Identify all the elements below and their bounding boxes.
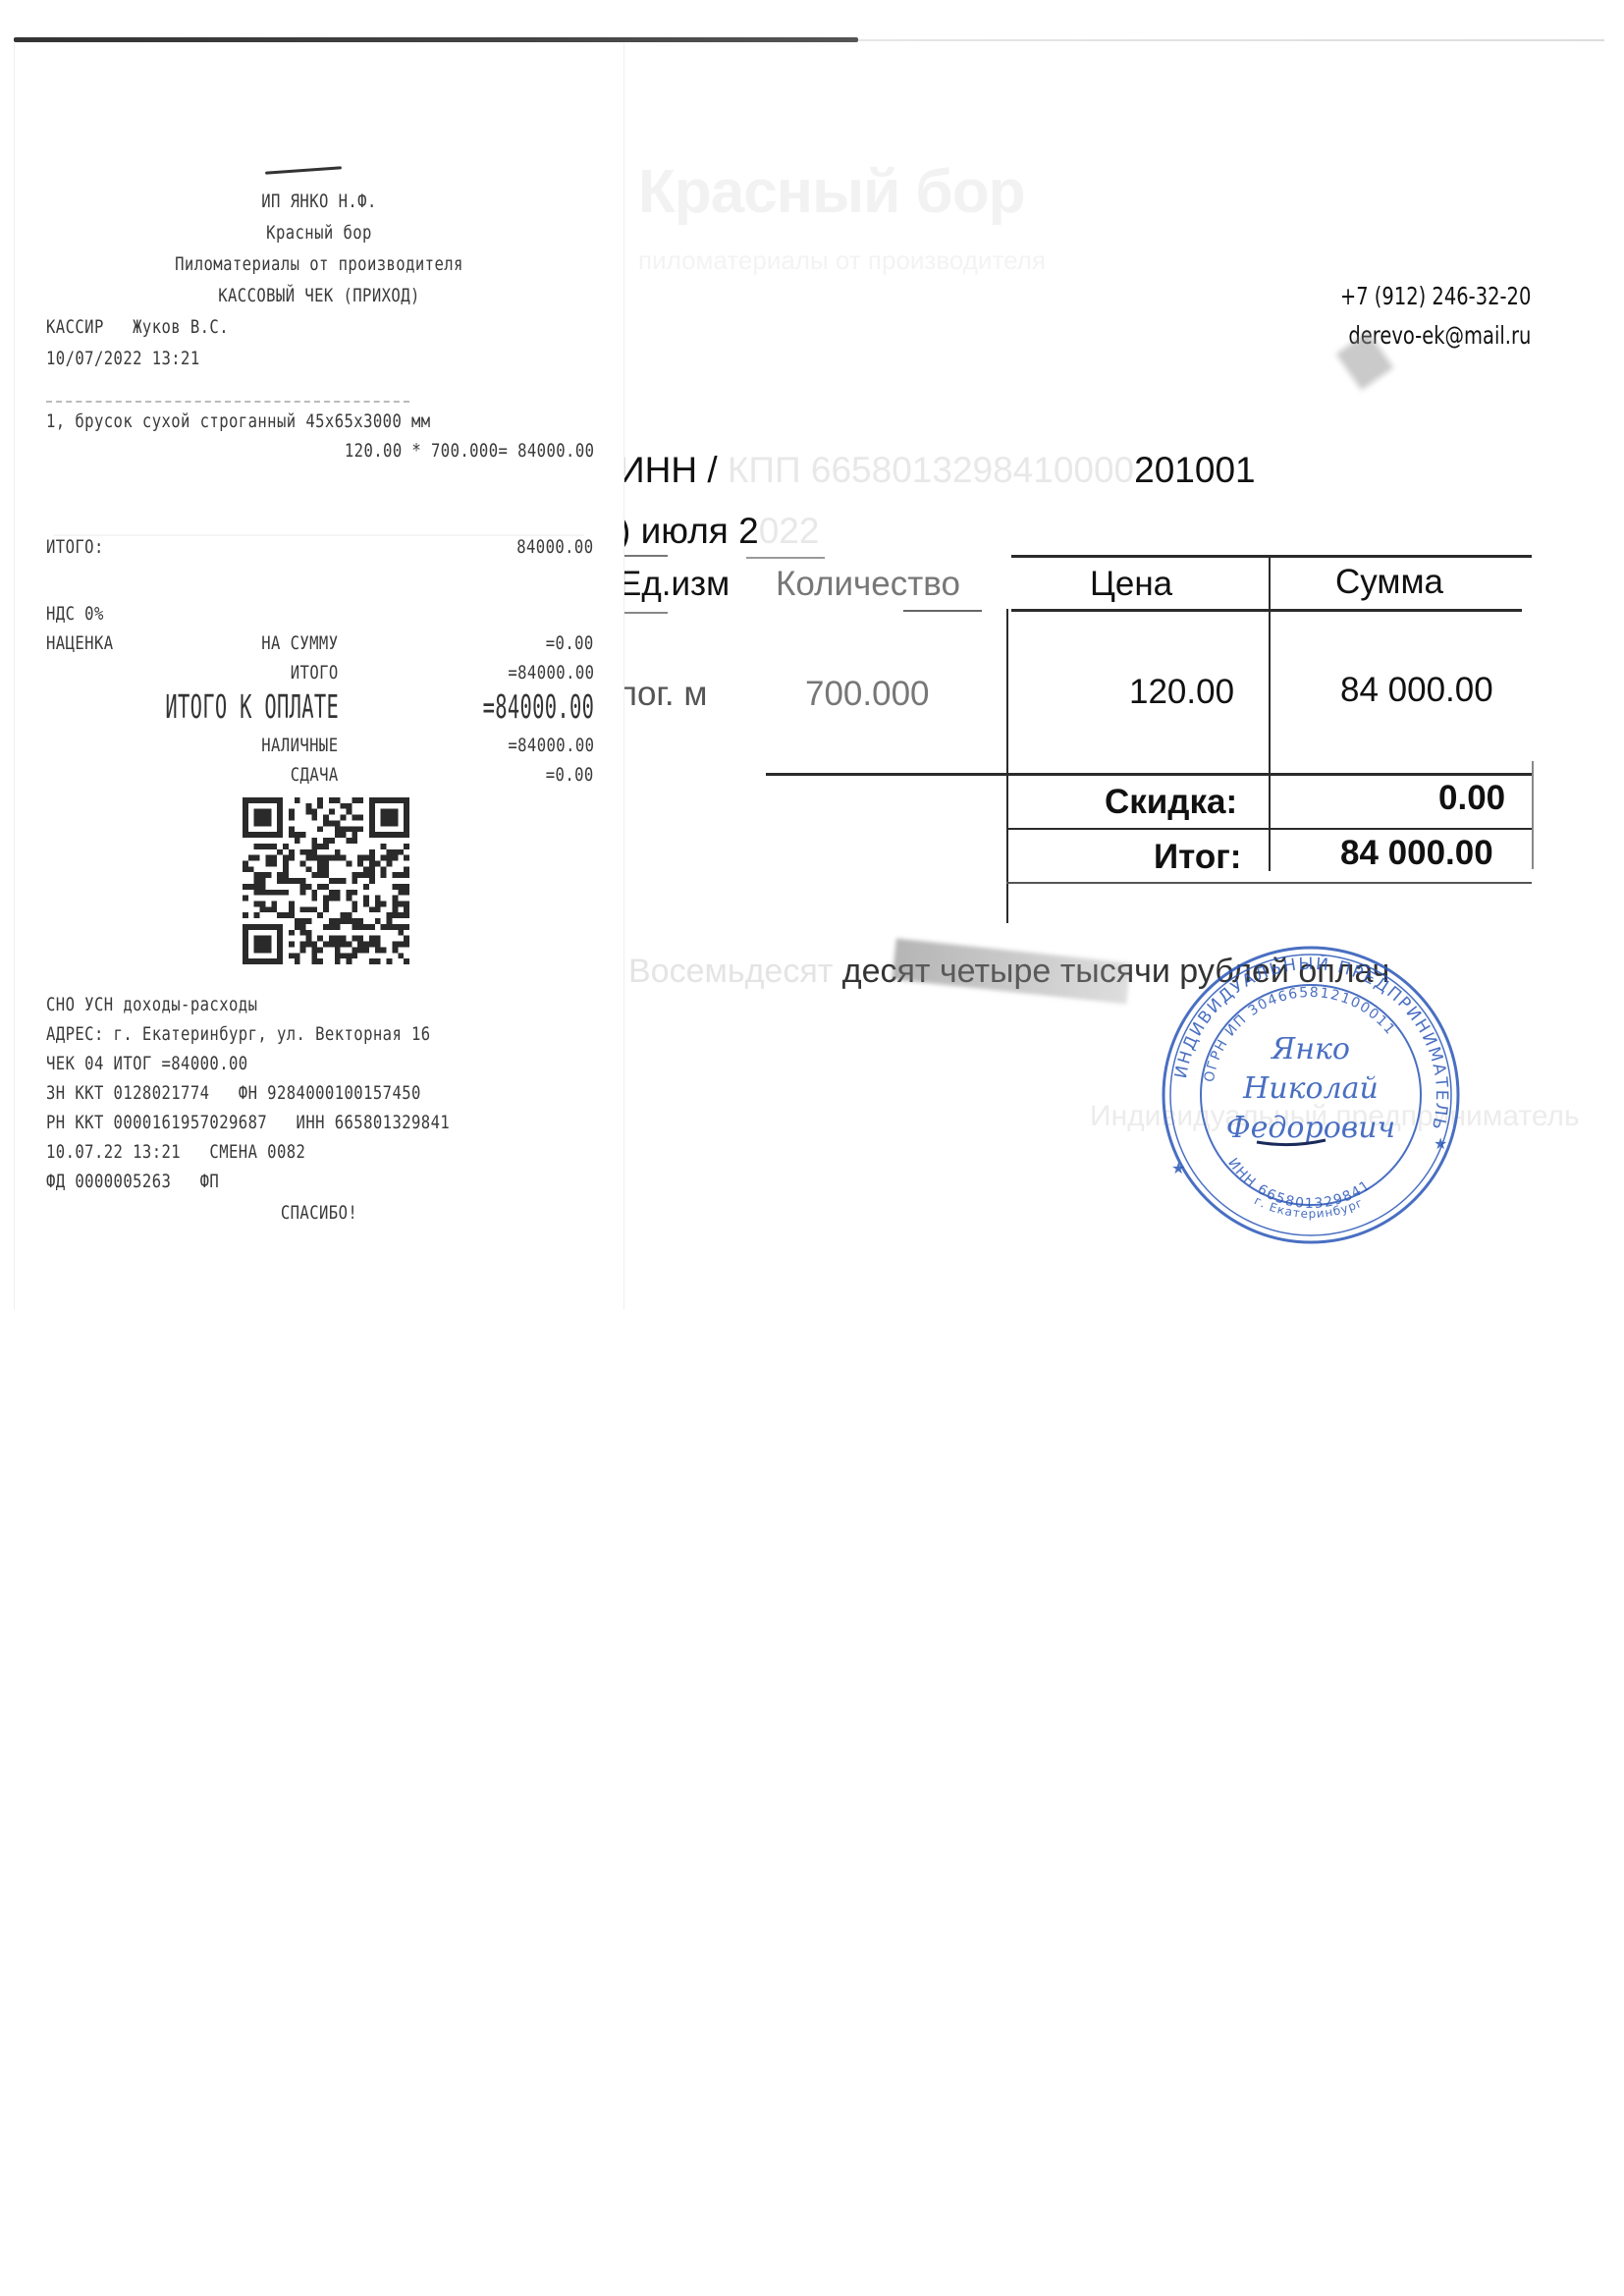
receipt-footer-4: РН ККТ 0000161957029687 ИНН 665801329841 [46, 1112, 450, 1133]
discount-value: 0.00 [1438, 779, 1505, 818]
receipt-cash-label: НАЛИЧНЫЕ [262, 735, 339, 756]
row-price: 120.00 [1129, 673, 1234, 712]
receipt-footer-6: ФД 0000005263 ФП [46, 1171, 219, 1192]
receipt-markup-label: НАЦЕНКА [46, 632, 114, 654]
inn-suffix: 201001 [1134, 450, 1255, 490]
stamp-star-icon: ★ [1434, 1134, 1447, 1153]
row-sum: 84 000.00 [1340, 671, 1493, 710]
stamp-star-icon: ★ [1171, 1159, 1185, 1177]
receipt-subtotal-value: 84000.00 [517, 536, 594, 558]
table-line [766, 773, 1532, 776]
amount-words-faded: Восемьдесят [628, 953, 842, 990]
receipt-thanks: СПАСИБО! [70, 1202, 568, 1224]
table-line [1011, 609, 1522, 612]
receipt-total-value: =84000.00 [508, 662, 594, 683]
receipt-markup-sub: НА СУММУ [262, 632, 339, 654]
pen-mark [265, 166, 342, 174]
invoice-date: ) июля 2022 [619, 511, 819, 552]
invoice-logo-subtitle: пиломатериалы от производителя [638, 246, 1046, 276]
receipt-pay-label: ИТОГО К ОПЛАТЕ [165, 687, 339, 726]
receipt-footer-1: АДРЕС: г. Екатеринбург, ул. Векторная 16 [46, 1023, 431, 1045]
header-sum: Сумма [1335, 563, 1443, 602]
receipt-pay-value: =84000.00 [482, 687, 594, 726]
stamp-name-1: Янко [1270, 1032, 1350, 1066]
table-line [746, 557, 825, 559]
receipt-faint-line [54, 534, 584, 536]
header-price: Цена [1090, 565, 1172, 604]
receipt-datetime: 10/07/2022 13:21 [46, 348, 200, 369]
table-line [1006, 609, 1008, 923]
date-prefix: ) июля 2 [619, 511, 759, 551]
header-qty: Количество [776, 565, 960, 604]
total-value: 84 000.00 [1340, 834, 1493, 873]
receipt-item: 1, брусок сухой строганный 45х65х3000 мм [46, 410, 431, 432]
receipt-total-label: ИТОГО [291, 662, 339, 683]
table-line [903, 610, 982, 612]
qr-code-icon [243, 797, 409, 964]
row-qty: 700.000 [805, 675, 930, 714]
receipt-cash-value: =84000.00 [508, 735, 594, 756]
receipt-footer-0: СНО УСН доходы-расходы [46, 994, 257, 1015]
inn-faded: КПП 6658013298410000 [718, 450, 1135, 490]
receipt-slogan: Пиломатериалы от производителя [70, 253, 568, 275]
table-line [1011, 555, 1532, 558]
header-unit: Ед.изм [619, 565, 730, 604]
date-faded: 022 [759, 511, 820, 551]
invoice-logo: Красный бор [638, 157, 1024, 227]
company-stamp: ИНДИВИДУАЛЬНЫЙ ПРЕДПРИНИМАТЕЛЬ ОГРН ИП 3… [1154, 938, 1468, 1252]
table-line [1269, 555, 1271, 871]
receipt-item-calc: 120.00 * 700.000= 84000.00 [344, 440, 594, 462]
table-line [1006, 882, 1532, 884]
total-label: Итог: [1154, 838, 1241, 877]
receipt-footer-5: 10.07.22 13:21 СМЕНА 0082 [46, 1141, 305, 1163]
table-line [1532, 761, 1534, 869]
receipt-change-value: =0.00 [546, 764, 594, 786]
receipt-doc-type: КАССОВЫЙ ЧЕК (ПРИХОД) [70, 285, 568, 306]
row-unit: пог. м [619, 675, 707, 714]
receipt-divider [46, 401, 409, 403]
discount-label: Скидка: [1105, 783, 1237, 822]
receipt-org: ИП ЯНКО Н.Ф. [70, 191, 568, 212]
receipt-footer-3: ЗН ККТ 0128021774 ФН 9284000100157450 [46, 1082, 421, 1104]
invoice-inn: ИНН / КПП 6658013298410000201001 [619, 450, 1256, 491]
receipt-change-label: СДАЧА [291, 764, 339, 786]
cash-receipt: ИП ЯНКО Н.Ф. Красный бор Пиломатериалы о… [14, 43, 624, 1310]
table-line [1006, 828, 1532, 830]
scan-smudge [892, 939, 1130, 1005]
stamp-name-3: Федорович [1226, 1111, 1395, 1145]
receipt-cashier: КАССИР Жуков В.С. [46, 316, 229, 338]
receipt-footer-2: ЧЕК 04 ИТОГ =84000.00 [46, 1053, 248, 1074]
receipt-vat: НДС 0% [46, 603, 104, 625]
receipt-markup-value: =0.00 [546, 632, 594, 654]
receipt-subtotal-label: ИТОГО: [46, 536, 104, 558]
inn-prefix: ИНН / [619, 450, 718, 490]
stamp-name-2: Николай [1242, 1071, 1379, 1106]
invoice-phone: +7 (912) 246-32-20 [1339, 277, 1531, 316]
receipt-shop: Красный бор [70, 222, 568, 244]
